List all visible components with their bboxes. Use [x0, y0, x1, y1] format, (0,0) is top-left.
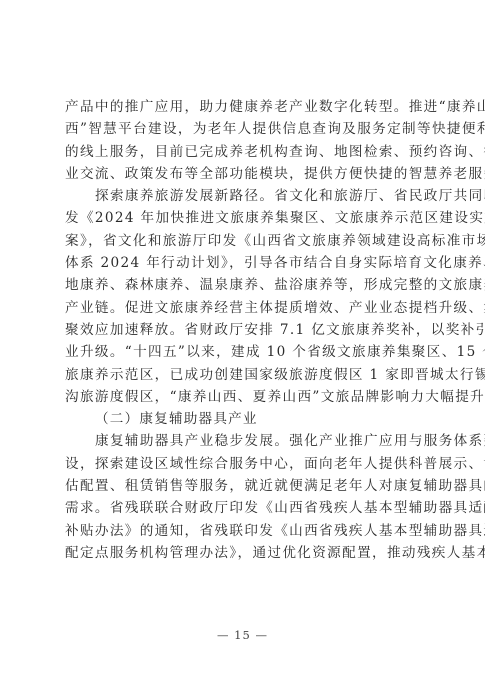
paragraph-line: 探索康养旅游发展新路径。省文化和旅游厅、省民政厅共同印 — [65, 185, 425, 207]
paragraph-line: 的线上服务，目前已完成养老机构查询、地图检索、预约咨询、行 — [65, 141, 425, 163]
paragraph-line: 案》，省文化和旅游厅印发《山西省文旅康养领域建设高标准市场 — [65, 230, 425, 252]
paragraph-line: 地康养、森林康养、温泉康养、盐浴康养等，形成完整的文旅康养 — [65, 274, 425, 296]
paragraph-line: 补贴办法》的通知，省残联印发《山西省残疾人基本型辅助器具适 — [65, 520, 425, 542]
paragraph-line: 旅康养示范区，已成功创建国家级旅游度假区 1 家即晋城太行锡崖 — [65, 364, 425, 386]
paragraph-line: 西”智慧平台建设，为老年人提供信息查询及服务定制等快捷便利 — [65, 118, 425, 140]
paragraph-line: 业交流、政策发布等全部功能模块，提供方便快捷的智慧养老服务。 — [65, 163, 425, 185]
paragraph-line: 估配置、租赁销售等服务，就近就便满足老年人对康复辅助器具的 — [65, 475, 425, 497]
paragraph-line: 聚效应加速释放。省财政厅安排 7.1 亿文旅康养奖补，以奖补引导产 — [65, 319, 425, 341]
page-number: — 15 — — [0, 628, 485, 642]
paragraph-line: 康复辅助器具产业稳步发展。强化产业推广应用与服务体系建 — [65, 430, 425, 452]
paragraph-line: 配定点服务机构管理办法》，通过优化资源配置，推动残疾人基本 — [65, 542, 425, 564]
paragraph-line: 体系 2024 年行动计划》，引导各市结合自身实际培育文化康养、山 — [65, 252, 425, 274]
paragraph-line: 产业链。促进文旅康养经营主体提质增效、产业业态提档升级、集 — [65, 297, 425, 319]
paragraph-line: 设，探索建设区域性综合服务中心，面向老年人提供科普展示、评 — [65, 453, 425, 475]
section-heading: （二）康复辅助器具产业 — [65, 408, 425, 430]
paragraph-line: 产品中的推广应用，助力健康养老产业数字化转型。推进“康养山 — [65, 96, 425, 118]
paragraph-line: 需求。省残联联合财政厅印发《山西省残疾人基本型辅助器具适配 — [65, 497, 425, 519]
body-text: 产品中的推广应用，助力健康养老产业数字化转型。推进“康养山 西”智慧平台建设，为… — [65, 96, 425, 564]
document-page: 产品中的推广应用，助力健康养老产业数字化转型。推进“康养山 西”智慧平台建设，为… — [0, 0, 485, 686]
paragraph-line: 业升级。“十四五”以来，建成 10 个省级文旅康养集聚区、15 个文 — [65, 341, 425, 363]
paragraph-line: 发《2024 年加快推进文旅康养集聚区、文旅康养示范区建设实施方 — [65, 207, 425, 229]
paragraph-line: 沟旅游度假区，“康养山西、夏养山西”文旅品牌影响力大幅提升。 — [65, 386, 425, 408]
